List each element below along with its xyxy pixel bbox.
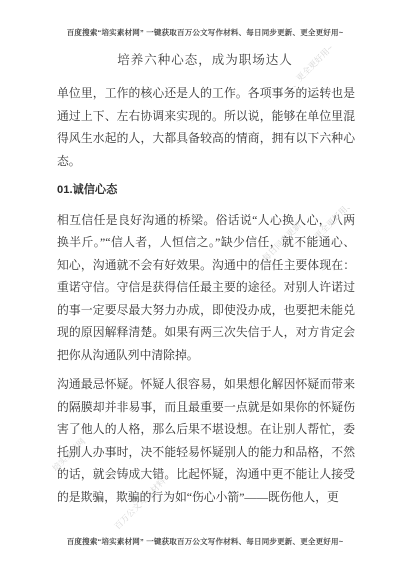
- paragraph: 单位里，工作的核心还是人的工作。各项事务的运转也是通过上下、左右协调来实现的。所…: [57, 82, 355, 172]
- document-page: 百度搜索“培实素材网” 一键获取百万公文写作材料、每日同步更新、更全更好用~ 培…: [0, 0, 410, 580]
- paragraph: 相互信任是良好沟通的桥梁。俗话说“人心换人心，八两换半斤。”“信人者，人恒信之。…: [57, 209, 355, 367]
- paragraph: 沟通最忌怀疑。怀疑人很容易，如果想化解因怀疑而带来的隔膜却并非易事，而且最重要一…: [57, 373, 355, 508]
- document-body: 单位里，工作的核心还是人的工作。各项事务的运转也是通过上下、左右协调来实现的。所…: [57, 82, 355, 515]
- section-heading-01: 01.诚信心态: [57, 179, 355, 202]
- footer-banner: 百度搜索“培实素材网” 一键获取百万公文写作材料、每日同步更新、更全更好用~: [0, 536, 410, 547]
- page-title: 培养六种心态，成为职场达人: [0, 50, 410, 68]
- header-banner: 百度搜索“培实素材网” 一键获取百万公文写作材料、每日同步更新、更全更好用~: [0, 27, 410, 38]
